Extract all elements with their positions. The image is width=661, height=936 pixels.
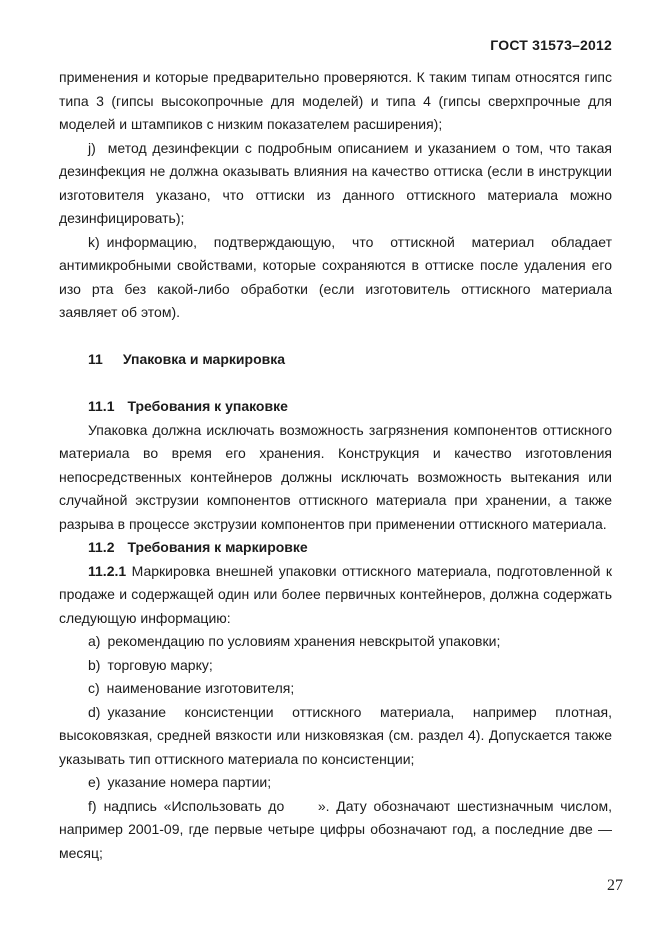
list-item-f-label: f) xyxy=(88,798,97,814)
list-item-b: b)торговую марку; xyxy=(59,654,612,678)
list-item-f: f)надпись «Использовать до ». Дату обозн… xyxy=(59,795,612,866)
subsection-heading-11-2-number: 11.2 xyxy=(88,539,114,555)
list-item-k-text: информацию, подтверждающую, что оттискно… xyxy=(59,234,612,321)
page-number: 27 xyxy=(607,877,623,895)
subsection-heading-11-1: 11.1Требования к упаковке xyxy=(59,395,612,419)
clause-11-2-1-number: 11.2.1 xyxy=(88,563,126,579)
list-item-c-text: наименование изготовителя; xyxy=(107,680,295,696)
list-item-d-label: d) xyxy=(88,704,100,720)
list-item-j: j)метод дезинфекции с подробным описание… xyxy=(59,137,612,231)
section-heading-11-number: 11 xyxy=(88,351,103,367)
document-body: применения и которые предварительно пров… xyxy=(59,66,612,865)
list-item-f-text: надпись «Использовать до ». Дату обознач… xyxy=(59,798,612,861)
list-item-e-label: e) xyxy=(88,774,100,790)
section-heading-11: 11Упаковка и маркировка xyxy=(59,348,612,372)
section-heading-11-title: Упаковка и маркировка xyxy=(123,351,285,367)
list-item-e: e)указание номера партии; xyxy=(59,771,612,795)
list-item-d: d)указание консистенции оттискного матер… xyxy=(59,701,612,772)
clause-11-2-1: 11.2.1 Маркировка внешней упаковки оттис… xyxy=(59,560,612,631)
list-item-a-label: a) xyxy=(88,633,100,649)
subsection-heading-11-1-title: Требования к упаковке xyxy=(127,398,287,414)
subsection-heading-11-2-title: Требования к маркировке xyxy=(127,539,307,555)
list-item-a-text: рекомендацию по условиям хранения невскр… xyxy=(107,633,500,649)
list-item-j-label: j) xyxy=(88,140,96,156)
list-item-e-text: указание номера партии; xyxy=(107,774,271,790)
list-item-k: k)информацию, подтверждающую, что оттиск… xyxy=(59,231,612,325)
paragraph-packaging: Упаковка должна исключать возможность за… xyxy=(59,419,612,537)
list-item-k-label: k) xyxy=(88,234,100,250)
subsection-heading-11-1-number: 11.1 xyxy=(88,398,114,414)
list-item-j-text: метод дезинфекции с подробным описанием … xyxy=(59,140,612,227)
list-item-c: c)наименование изготовителя; xyxy=(59,677,612,701)
doc-number-header: ГОСТ 31573–2012 xyxy=(59,37,612,53)
list-item-a: a)рекомендацию по условиям хранения невс… xyxy=(59,630,612,654)
list-item-c-label: c) xyxy=(88,680,100,696)
list-item-b-text: торговую марку; xyxy=(107,657,212,673)
list-item-b-label: b) xyxy=(88,657,100,673)
document-page: ГОСТ 31573–2012 применения и которые пре… xyxy=(0,0,661,936)
paragraph-continuation: применения и которые предварительно пров… xyxy=(59,66,612,137)
clause-11-2-1-text: Маркировка внешней упаковки оттискного м… xyxy=(59,563,612,626)
list-item-d-text: указание консистенции оттискного материа… xyxy=(59,704,612,767)
subsection-heading-11-2: 11.2Требования к маркировке xyxy=(59,536,612,560)
